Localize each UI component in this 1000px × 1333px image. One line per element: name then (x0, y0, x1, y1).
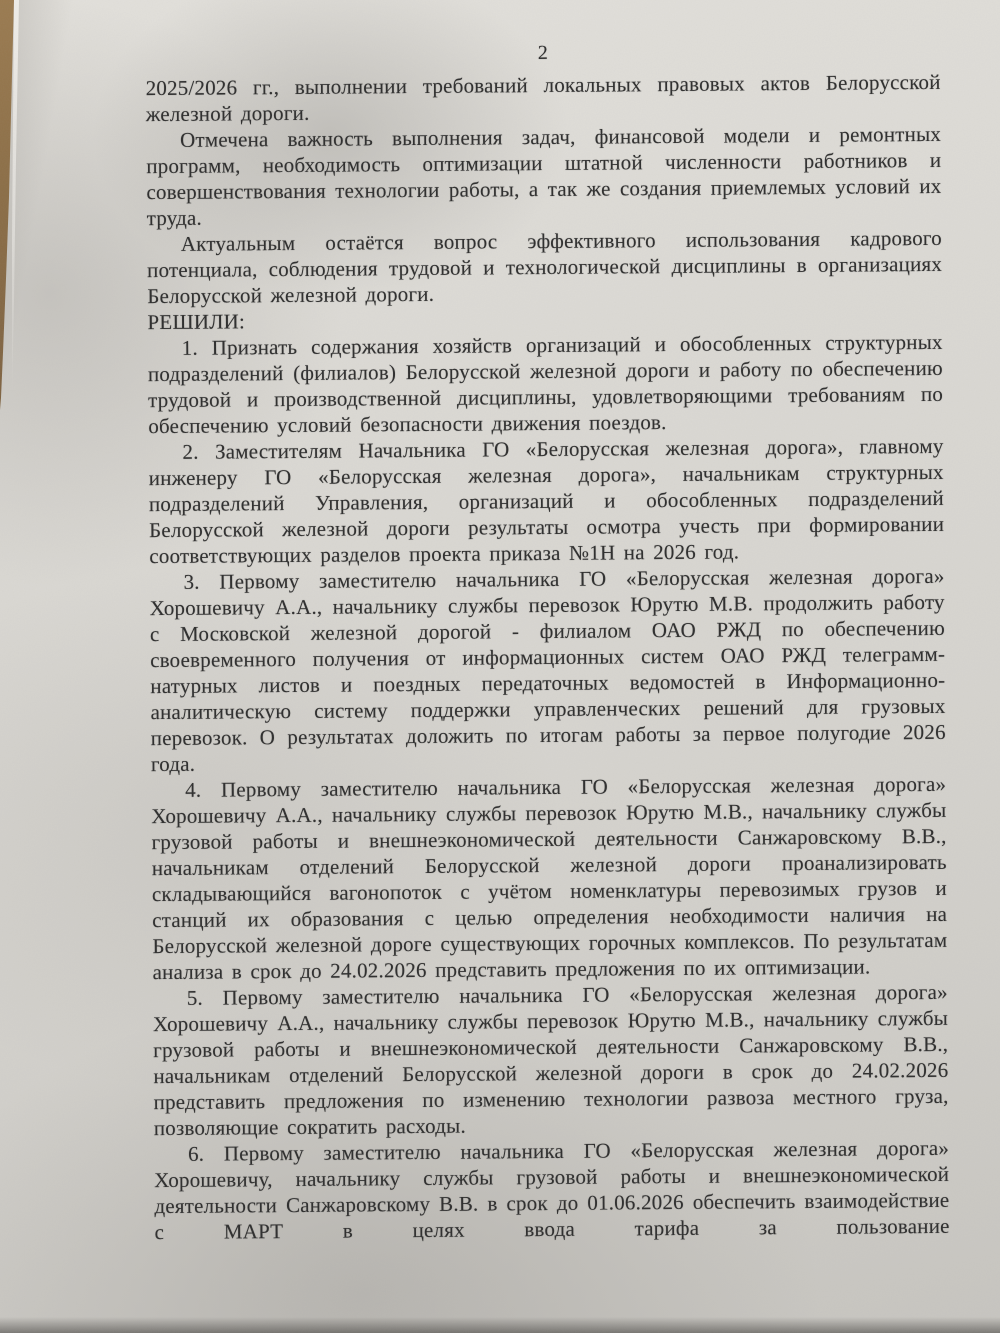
resolution-item-1: 1. Признать содержания хозяйств организа… (148, 329, 944, 439)
paragraph-personnel-issue: Актуальным остаётся вопрос эффективного … (147, 225, 943, 309)
resolution-item-5: 5. Первому заместителю начальника ГО «Бе… (153, 979, 949, 1141)
resolution-item-6: 6. Первому заместителю начальника ГО «Бе… (154, 1135, 950, 1245)
document-photo: 2 2025/2026 гг., выполнении требований л… (0, 0, 1000, 1333)
paragraph-continuation: 2025/2026 гг., выполнении требований лок… (146, 69, 941, 127)
table-surface-edge (0, 0, 22, 410)
page-number: 2 (145, 37, 940, 69)
resolution-item-2: 2. Заместителям Начальника ГО «Белорусск… (148, 433, 944, 569)
bottom-edge-shadow (0, 1317, 1000, 1333)
paper-torn-edge (12, 0, 19, 400)
document-page: 2 2025/2026 гг., выполнении требований л… (145, 37, 949, 1245)
resolution-item-3: 3. Первому заместителю начальника ГО «Бе… (149, 563, 946, 777)
paragraph-importance-note: Отмечена важность выполнения задач, фина… (146, 121, 942, 231)
resolution-item-4: 4. Первому заместителю начальника ГО «Бе… (151, 771, 948, 985)
